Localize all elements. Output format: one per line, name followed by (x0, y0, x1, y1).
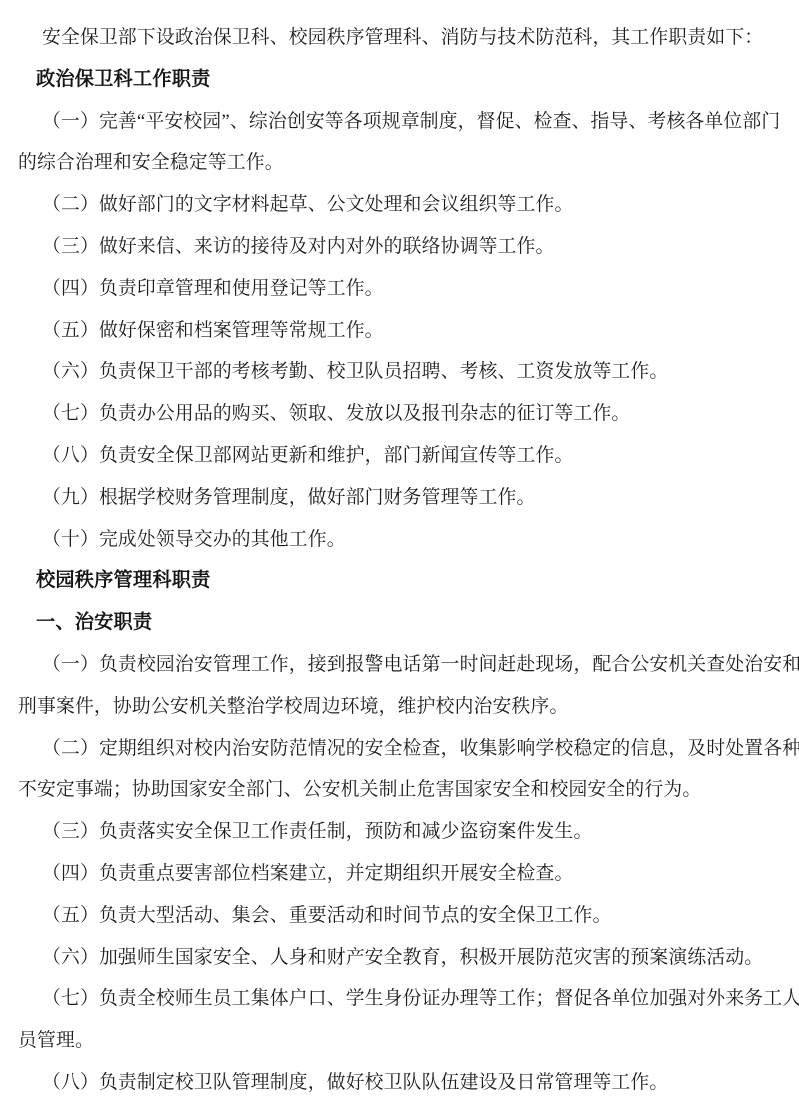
section2-item-3: （三）负责落实安全保卫工作责任制，预防和减少盗窃案件发生。 (18, 811, 779, 853)
section2-item-7-line-1: （七）负责全校师生员工集体户口、学生身份证办理等工作；督促各单位加强对外来务工人 (18, 978, 779, 1020)
section1-item-1-line-2: 的综合治理和安全稳定等工作。 (18, 142, 779, 184)
section1-item-10: （十）完成处领导交办的其他工作。 (18, 519, 779, 561)
section2-item-2: （二）定期组织对校内治安防范情况的安全检查，收集影响学校稳定的信息，及时处置各种… (18, 728, 779, 812)
section1-item-6: （六）负责保卫干部的考核考勤、校卫队员招聘、考核、工资发放等工作。 (18, 351, 779, 393)
section2-item-1-line-1: （一）负责校园治安管理工作，接到报警电话第一时间赶赴现场，配合公安机关查处治安和 (18, 644, 779, 686)
section1-item-4: （四）负责印章管理和使用登记等工作。 (18, 268, 779, 310)
section2-item-2-line-1: （二）定期组织对校内治安防范情况的安全检查，收集影响学校稳定的信息，及时处置各种 (18, 728, 779, 770)
section1-item-3: （三）做好来信、来访的接待及对内对外的联络协调等工作。 (18, 226, 779, 268)
document-page: 安全保卫部下设政治保卫科、校园秩序管理科、消防与技术防范科，其工作职责如下： 政… (0, 0, 799, 1103)
section1-item-9: （九）根据学校财务管理制度，做好部门财务管理等工作。 (18, 477, 779, 519)
section1-item-7: （七）负责办公用品的购买、领取、发放以及报刊杂志的征订等工作。 (18, 393, 779, 435)
section2-item-6: （六）加强师生国家安全、人身和财产安全教育，积极开展防范灾害的预案演练活动。 (18, 937, 779, 979)
section1-item-2: （二）做好部门的文字材料起草、公文处理和会议组织等工作。 (18, 184, 779, 226)
section2-item-5: （五）负责大型活动、集会、重要活动和时间节点的安全保卫工作。 (18, 895, 779, 937)
section2-item-1: （一）负责校园治安管理工作，接到报警电话第一时间赶赴现场，配合公安机关查处治安和… (18, 644, 779, 728)
section2-item-2-line-2: 不安定事端；协助国家安全部门、公安机关制止危害国家安全和校园安全的行为。 (18, 769, 779, 811)
section2-subheading: 一、治安职责 (18, 602, 779, 644)
section1-heading: 政治保卫科工作职责 (18, 59, 779, 101)
section2-item-4: （四）负责重点要害部位档案建立，并定期组织开展安全检查。 (18, 853, 779, 895)
intro-paragraph: 安全保卫部下设政治保卫科、校园秩序管理科、消防与技术防范科，其工作职责如下： (18, 17, 779, 59)
section2-item-1-line-2: 刑事案件，协助公安机关整治学校周边环境，维护校内治安秩序。 (18, 686, 779, 728)
section2-heading: 校园秩序管理科职责 (18, 560, 779, 602)
section1-item-1-line-1: （一）完善“平安校园”、综治创安等各项规章制度，督促、检查、指导、考核各单位部门 (18, 101, 779, 143)
section2-item-7: （七）负责全校师生员工集体户口、学生身份证办理等工作；督促各单位加强对外来务工人… (18, 978, 779, 1062)
section1-item-5: （五）做好保密和档案管理等常规工作。 (18, 310, 779, 352)
section2-item-8: （八）负责制定校卫队管理制度，做好校卫队队伍建设及日常管理等工作。 (18, 1062, 779, 1103)
section1-item-1: （一）完善“平安校园”、综治创安等各项规章制度，督促、检查、指导、考核各单位部门… (18, 101, 779, 185)
section1-item-8: （八）负责安全保卫部网站更新和维护，部门新闻宣传等工作。 (18, 435, 779, 477)
section2-item-7-line-2: 员管理。 (18, 1020, 779, 1062)
